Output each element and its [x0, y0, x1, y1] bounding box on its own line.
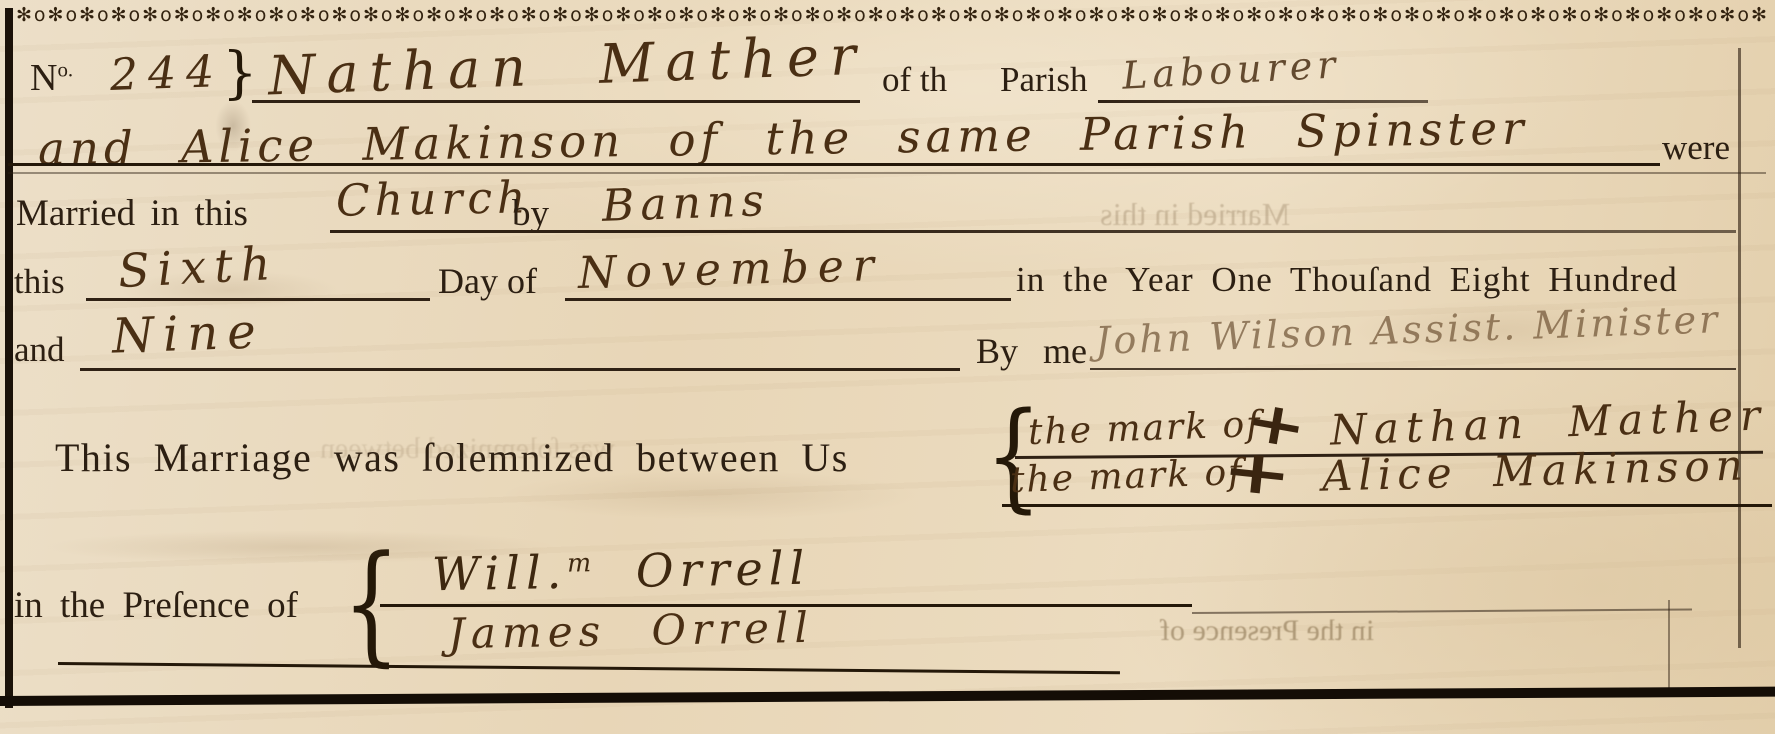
- bride-mark-name: Alice Makinson: [1321, 440, 1749, 500]
- occupation-rule: [1098, 100, 1428, 103]
- entry-number-brace: }: [222, 46, 258, 102]
- groom-name-rule: [252, 100, 860, 103]
- right-lower-line: [1668, 600, 1670, 692]
- right-column-line: [1738, 48, 1741, 648]
- bottom-border-line: [0, 687, 1775, 706]
- entry-number-value: 244: [109, 46, 225, 101]
- witness-1-rule-faint: [1192, 609, 1692, 614]
- witness-1-superscript: m: [567, 548, 598, 578]
- this-label: this: [14, 262, 65, 302]
- parish-label: Parish: [1000, 60, 1088, 100]
- day-value: Sixth: [117, 236, 280, 298]
- witness-brace: {: [342, 538, 400, 668]
- bride-mark-label: the mark of: [1009, 452, 1244, 501]
- method-rule: [330, 230, 1736, 233]
- entry-number-label: No.: [30, 56, 73, 100]
- witness-2-signature: James Orrell: [448, 603, 815, 658]
- place-value: Church: [336, 172, 531, 226]
- month-value: November: [577, 240, 883, 299]
- were-label: were: [1662, 128, 1730, 168]
- and-label: and: [14, 330, 65, 370]
- bride-mark-cross: +: [1218, 435, 1295, 512]
- minister-rule: [1090, 368, 1736, 370]
- day-rule: [86, 298, 430, 301]
- witness-2-rule: [58, 662, 1120, 674]
- day-of-label: Day of: [438, 260, 537, 302]
- left-border-line: [5, 8, 13, 708]
- bride-line-rule: [8, 163, 1660, 166]
- groom-occupation: Labourer: [1121, 42, 1341, 97]
- married-label: Married in this: [16, 192, 248, 235]
- bride-mark-rule: [1002, 504, 1772, 507]
- year-rule: [80, 368, 960, 371]
- presence-label: in the Preſence of: [14, 584, 298, 627]
- minister-signature: John Wilson Assist. Minister: [1094, 297, 1721, 363]
- bride-line-rule-2: [8, 172, 1766, 174]
- witness-1-signature: Will.m Orrell: [432, 541, 811, 602]
- marriage-register-page: ✻o✻o✻o✻o✻o✻o✻o✻o✻o✻o✻o✻o✻o✻o✻o✻o✻o✻o✻o✻o…: [0, 0, 1775, 734]
- ornament-border-icon: ✻o✻o✻o✻o✻o✻o✻o✻o✻o✻o✻o✻o✻o✻o✻o✻o✻o✻o✻o✻o…: [16, 4, 1766, 38]
- by-label: by: [512, 192, 549, 235]
- method-value: Banns: [601, 175, 771, 232]
- bleed-text-solemnized: was ſolemnized between: [320, 432, 615, 466]
- month-rule: [565, 298, 1011, 301]
- of-this-label: of th: [882, 60, 947, 100]
- bleed-text-married: Married in this: [1100, 196, 1290, 233]
- year-printed-label: in the Year One Thouſand Eight Hundred: [1016, 260, 1678, 300]
- bleed-text-presence: in the Presence of: [1160, 614, 1374, 648]
- by-me-label: By me: [976, 330, 1087, 372]
- year-hand-value: Nine: [111, 303, 266, 364]
- entry-number-superscript: o.: [57, 57, 73, 81]
